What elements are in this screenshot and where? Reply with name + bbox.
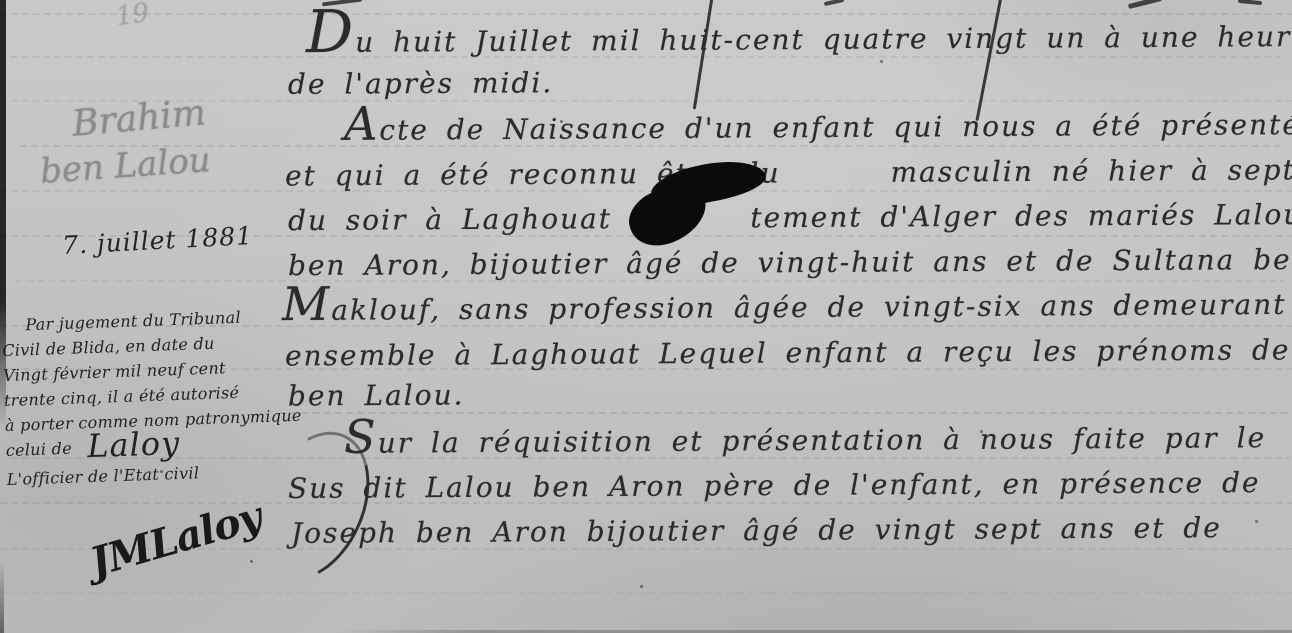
ruled-line xyxy=(0,592,1292,594)
margin-date: 7. juillet 1881 xyxy=(61,221,253,260)
body-line: Du huit Juillet mil huit-cent quatre vin… xyxy=(306,23,1292,57)
obscured-word-gap xyxy=(781,182,891,183)
scan-edge-shadow xyxy=(0,560,4,633)
ink-blot xyxy=(628,160,778,244)
body-line: de l'après midi. xyxy=(288,69,553,99)
body-line: ensemble à Laghouat Lequel enfant a reçu… xyxy=(285,336,1292,371)
body-line: Sus dit Lalou ben Aron père de l'enfant,… xyxy=(288,469,1261,503)
body-line: du soir à Laghouat déptement d'Alger des… xyxy=(288,201,1292,235)
register-page: 19 Brahim ben Lalou 7. juillet 1881 Par … xyxy=(0,0,1292,633)
margin-name-line2: ben Lalou xyxy=(39,140,212,192)
body-line: Acte de Naissance d'un enfant qui nous a… xyxy=(344,111,1292,145)
officer-signature: JMLaloy xyxy=(85,493,267,587)
officer-title: L'officier de l'Etat civil xyxy=(6,457,297,492)
ruled-line xyxy=(0,13,1292,15)
body-line-text: masculin né hier à sept heures xyxy=(890,153,1292,189)
annotation-line: celui de xyxy=(5,439,72,460)
cutoff-stroke-fragment xyxy=(1128,0,1162,9)
body-line: Maklouf, sans profession âgée de vingt-s… xyxy=(282,291,1287,325)
cutoff-stroke-fragment xyxy=(1238,0,1262,5)
body-line-text: tement d'Alger des mariés Lalou xyxy=(750,198,1292,234)
margin-annotation: Par jugement du Tribunal Civil de Blida,… xyxy=(1,303,297,492)
annotation-surname: Laloy xyxy=(87,443,180,446)
body-line: ben Lalou. xyxy=(288,381,465,410)
body-line: Sur la réquisition et présentation à nou… xyxy=(344,424,1266,458)
ruled-line xyxy=(15,280,1285,282)
ruled-line xyxy=(280,412,1290,414)
body-line: et qui a été reconnu être dumasculin né … xyxy=(285,156,1292,191)
body-line: ben Aron, bijoutier âgé de vingt-huit an… xyxy=(288,246,1292,280)
page-number-pencil: 19 xyxy=(114,0,151,32)
cutoff-stroke-fragment xyxy=(824,0,844,6)
body-line: Joseph ben Aron bijoutier âgé de vingt s… xyxy=(291,514,1222,548)
paper-specks xyxy=(0,0,1,1)
stray-pen-stroke xyxy=(975,0,1003,121)
